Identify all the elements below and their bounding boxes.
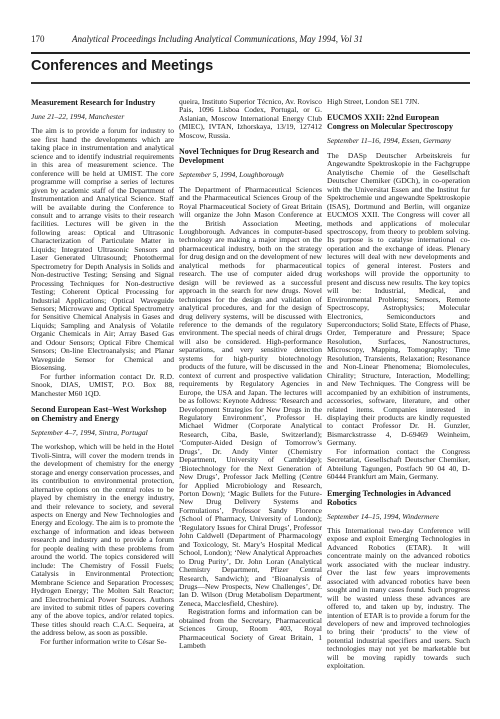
- article-title: Measurement Research for Industry: [31, 98, 174, 107]
- header-rule: [31, 52, 470, 54]
- article-paragraph: For further information contact Dr. R.D.…: [31, 373, 174, 398]
- article-paragraph-continuation: High Street, London SE1 7JN.: [327, 98, 470, 106]
- article-title: Second European East–West Workshop on Ch…: [31, 405, 174, 423]
- journal-title: Analytical Proceedings Including Analyti…: [72, 34, 363, 44]
- article-date: September 4–7, 1994, Sintra, Portugal: [31, 429, 174, 437]
- section-title: Conferences and Meetings: [31, 58, 213, 74]
- article-paragraph: This International two-day Conference wi…: [327, 527, 470, 671]
- article-paragraph: The DASp Deutscher Arbeitskreis fur Ange…: [327, 152, 470, 448]
- article-paragraph: For information contact the Congress Sec…: [327, 448, 470, 482]
- article-date: June 21–22, 1994, Manchester: [31, 113, 174, 121]
- section-rule: [31, 82, 470, 84]
- column-2: queira, Instituto Superior Técnico, Av. …: [179, 98, 322, 651]
- article-title: Emerging Technologies in Advanced Roboti…: [327, 489, 470, 507]
- article-paragraph-continued: Registration forms and information can b…: [179, 608, 322, 650]
- article-date: September 14–15, 1994, Windermere: [327, 513, 470, 521]
- column-3: High Street, London SE1 7JN. EUCMOS XXII…: [327, 98, 470, 671]
- article-date: September 5, 1994, Loughborough: [179, 171, 322, 179]
- article-paragraph-continued: For further information write to César S…: [31, 638, 174, 646]
- article-title: Novel Techniques for Drug Research and D…: [179, 147, 322, 165]
- column-1: Measurement Research for Industry June 2…: [31, 98, 174, 646]
- article-paragraph: The workshop, which will be held in the …: [31, 443, 174, 637]
- page-number: 170: [31, 34, 45, 44]
- article-paragraph: The Department of Pharmaceutical Science…: [179, 186, 322, 609]
- article-paragraph: The aim is to provide a forum for indust…: [31, 127, 174, 372]
- article-date: September 11–16, 1994, Essen, Germany: [327, 137, 470, 145]
- article-title: EUCMOS XXII: 22nd European Congress on M…: [327, 113, 470, 131]
- article-paragraph-continuation: queira, Instituto Superior Técnico, Av. …: [179, 98, 322, 140]
